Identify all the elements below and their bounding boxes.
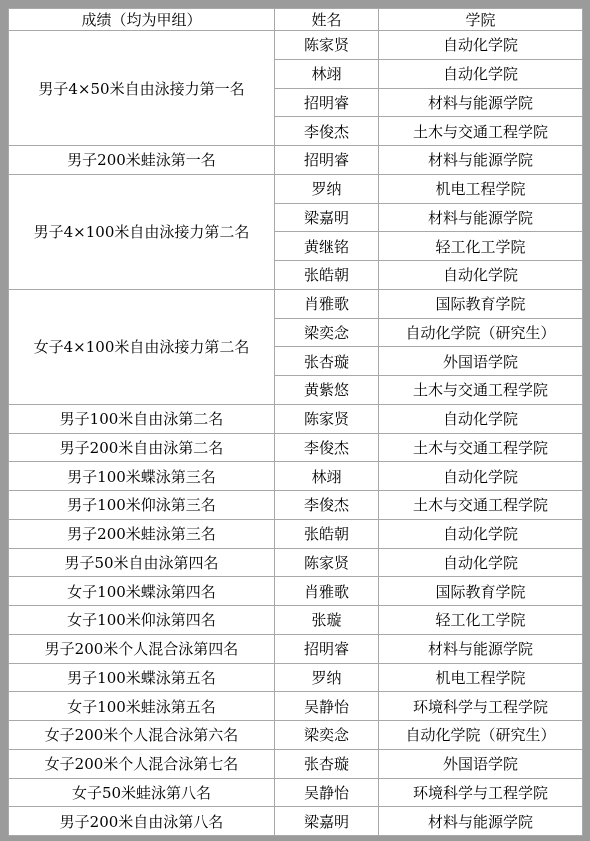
college-cell: 材料与能源学院 xyxy=(379,807,583,836)
college-cell: 环境科学与工程学院 xyxy=(379,692,583,721)
college-cell: 自动化学院 xyxy=(379,59,583,88)
college-cell: 轻工化工学院 xyxy=(379,232,583,261)
name-cell: 张皓朝 xyxy=(275,261,379,290)
name-cell: 罗纳 xyxy=(275,663,379,692)
college-cell: 国际教育学院 xyxy=(379,289,583,318)
event-cell: 男子200米个人混合泳第四名 xyxy=(9,634,275,663)
event-cell: 男子200米自由泳第八名 xyxy=(9,807,275,836)
event-cell: 男子4×50米自由泳接力第一名 xyxy=(9,31,275,146)
event-cell: 男子200米自由泳第二名 xyxy=(9,433,275,462)
event-cell: 男子100米蝶泳第五名 xyxy=(9,663,275,692)
header-cell-name: 姓名 xyxy=(275,9,379,31)
name-cell: 招明睿 xyxy=(275,88,379,117)
name-cell: 张皓朝 xyxy=(275,519,379,548)
name-cell: 肖雅歌 xyxy=(275,289,379,318)
college-cell: 土木与交通工程学院 xyxy=(379,433,583,462)
event-cell: 男子100米仰泳第三名 xyxy=(9,491,275,520)
college-cell: 自动化学院 xyxy=(379,404,583,433)
header-cell-result: 成绩（均为甲组） xyxy=(9,9,275,31)
table-row: 女子50米蛙泳第八名吴静怡环境科学与工程学院 xyxy=(9,778,583,807)
college-cell: 环境科学与工程学院 xyxy=(379,778,583,807)
college-cell: 自动化学院（研究生） xyxy=(379,721,583,750)
name-cell: 罗纳 xyxy=(275,174,379,203)
name-cell: 吴静怡 xyxy=(275,692,379,721)
event-cell: 女子4×100米自由泳接力第二名 xyxy=(9,289,275,404)
event-cell: 女子100米仰泳第四名 xyxy=(9,606,275,635)
table-row: 男子4×100米自由泳接力第二名罗纳机电工程学院 xyxy=(9,174,583,203)
college-cell: 材料与能源学院 xyxy=(379,146,583,175)
event-cell: 女子100米蝶泳第四名 xyxy=(9,577,275,606)
event-cell: 女子200米个人混合泳第六名 xyxy=(9,721,275,750)
results-table-header: 成绩（均为甲组） 姓名 学院 xyxy=(9,9,583,31)
name-cell: 林翊 xyxy=(275,59,379,88)
table-row: 男子200米蛙泳第三名张皓朝自动化学院 xyxy=(9,519,583,548)
name-cell: 肖雅歌 xyxy=(275,577,379,606)
college-cell: 土木与交通工程学院 xyxy=(379,376,583,405)
table-frame: 成绩（均为甲组） 姓名 学院 男子4×50米自由泳接力第一名陈家贤自动化学院林翊… xyxy=(0,0,590,841)
name-cell: 吴静怡 xyxy=(275,778,379,807)
table-row: 男子200米蛙泳第一名招明睿材料与能源学院 xyxy=(9,146,583,175)
name-cell: 招明睿 xyxy=(275,146,379,175)
name-cell: 陈家贤 xyxy=(275,548,379,577)
college-cell: 外国语学院 xyxy=(379,749,583,778)
table-row: 男子4×50米自由泳接力第一名陈家贤自动化学院 xyxy=(9,31,583,60)
header-cell-college: 学院 xyxy=(379,9,583,31)
college-cell: 自动化学院 xyxy=(379,548,583,577)
name-cell: 黄紫悠 xyxy=(275,376,379,405)
event-cell: 男子100米蝶泳第三名 xyxy=(9,462,275,491)
table-row: 女子100米仰泳第四名张璇轻工化工学院 xyxy=(9,606,583,635)
name-cell: 梁奕念 xyxy=(275,318,379,347)
name-cell: 梁奕念 xyxy=(275,721,379,750)
name-cell: 李俊杰 xyxy=(275,433,379,462)
table-row: 男子100米仰泳第三名李俊杰土木与交通工程学院 xyxy=(9,491,583,520)
event-cell: 男子100米自由泳第二名 xyxy=(9,404,275,433)
name-cell: 李俊杰 xyxy=(275,117,379,146)
table-row: 女子200米个人混合泳第六名梁奕念自动化学院（研究生） xyxy=(9,721,583,750)
college-cell: 材料与能源学院 xyxy=(379,203,583,232)
college-cell: 轻工化工学院 xyxy=(379,606,583,635)
college-cell: 土木与交通工程学院 xyxy=(379,117,583,146)
table-row: 女子4×100米自由泳接力第二名肖雅歌国际教育学院 xyxy=(9,289,583,318)
college-cell: 材料与能源学院 xyxy=(379,88,583,117)
college-cell: 自动化学院 xyxy=(379,462,583,491)
table-row: 女子100米蛙泳第五名吴静怡环境科学与工程学院 xyxy=(9,692,583,721)
name-cell: 梁嘉明 xyxy=(275,203,379,232)
name-cell: 张杏璇 xyxy=(275,347,379,376)
table-row: 男子200米个人混合泳第四名招明睿材料与能源学院 xyxy=(9,634,583,663)
table-row: 女子100米蝶泳第四名肖雅歌国际教育学院 xyxy=(9,577,583,606)
table-row: 女子200米个人混合泳第七名张杏璇外国语学院 xyxy=(9,749,583,778)
table-row: 男子200米自由泳第八名梁嘉明材料与能源学院 xyxy=(9,807,583,836)
event-cell: 男子4×100米自由泳接力第二名 xyxy=(9,174,275,289)
table-row: 男子200米自由泳第二名李俊杰土木与交通工程学院 xyxy=(9,433,583,462)
table-row: 男子100米自由泳第二名陈家贤自动化学院 xyxy=(9,404,583,433)
name-cell: 李俊杰 xyxy=(275,491,379,520)
college-cell: 自动化学院 xyxy=(379,519,583,548)
table-row: 男子100米蝶泳第三名林翊自动化学院 xyxy=(9,462,583,491)
event-cell: 男子200米蛙泳第一名 xyxy=(9,146,275,175)
name-cell: 梁嘉明 xyxy=(275,807,379,836)
header-row: 成绩（均为甲组） 姓名 学院 xyxy=(9,9,583,31)
college-cell: 自动化学院 xyxy=(379,261,583,290)
name-cell: 陈家贤 xyxy=(275,31,379,60)
table-row: 男子50米自由泳第四名陈家贤自动化学院 xyxy=(9,548,583,577)
college-cell: 自动化学院 xyxy=(379,31,583,60)
results-table: 成绩（均为甲组） 姓名 学院 男子4×50米自由泳接力第一名陈家贤自动化学院林翊… xyxy=(8,8,583,836)
event-cell: 女子50米蛙泳第八名 xyxy=(9,778,275,807)
name-cell: 张杏璇 xyxy=(275,749,379,778)
table-row: 男子100米蝶泳第五名罗纳机电工程学院 xyxy=(9,663,583,692)
event-cell: 女子100米蛙泳第五名 xyxy=(9,692,275,721)
name-cell: 招明睿 xyxy=(275,634,379,663)
college-cell: 自动化学院（研究生） xyxy=(379,318,583,347)
college-cell: 外国语学院 xyxy=(379,347,583,376)
event-cell: 男子200米蛙泳第三名 xyxy=(9,519,275,548)
college-cell: 机电工程学院 xyxy=(379,663,583,692)
name-cell: 张璇 xyxy=(275,606,379,635)
event-cell: 女子200米个人混合泳第七名 xyxy=(9,749,275,778)
name-cell: 黄继铭 xyxy=(275,232,379,261)
results-table-body: 男子4×50米自由泳接力第一名陈家贤自动化学院林翊自动化学院招明睿材料与能源学院… xyxy=(9,31,583,836)
college-cell: 土木与交通工程学院 xyxy=(379,491,583,520)
college-cell: 国际教育学院 xyxy=(379,577,583,606)
name-cell: 陈家贤 xyxy=(275,404,379,433)
name-cell: 林翊 xyxy=(275,462,379,491)
event-cell: 男子50米自由泳第四名 xyxy=(9,548,275,577)
college-cell: 机电工程学院 xyxy=(379,174,583,203)
college-cell: 材料与能源学院 xyxy=(379,634,583,663)
